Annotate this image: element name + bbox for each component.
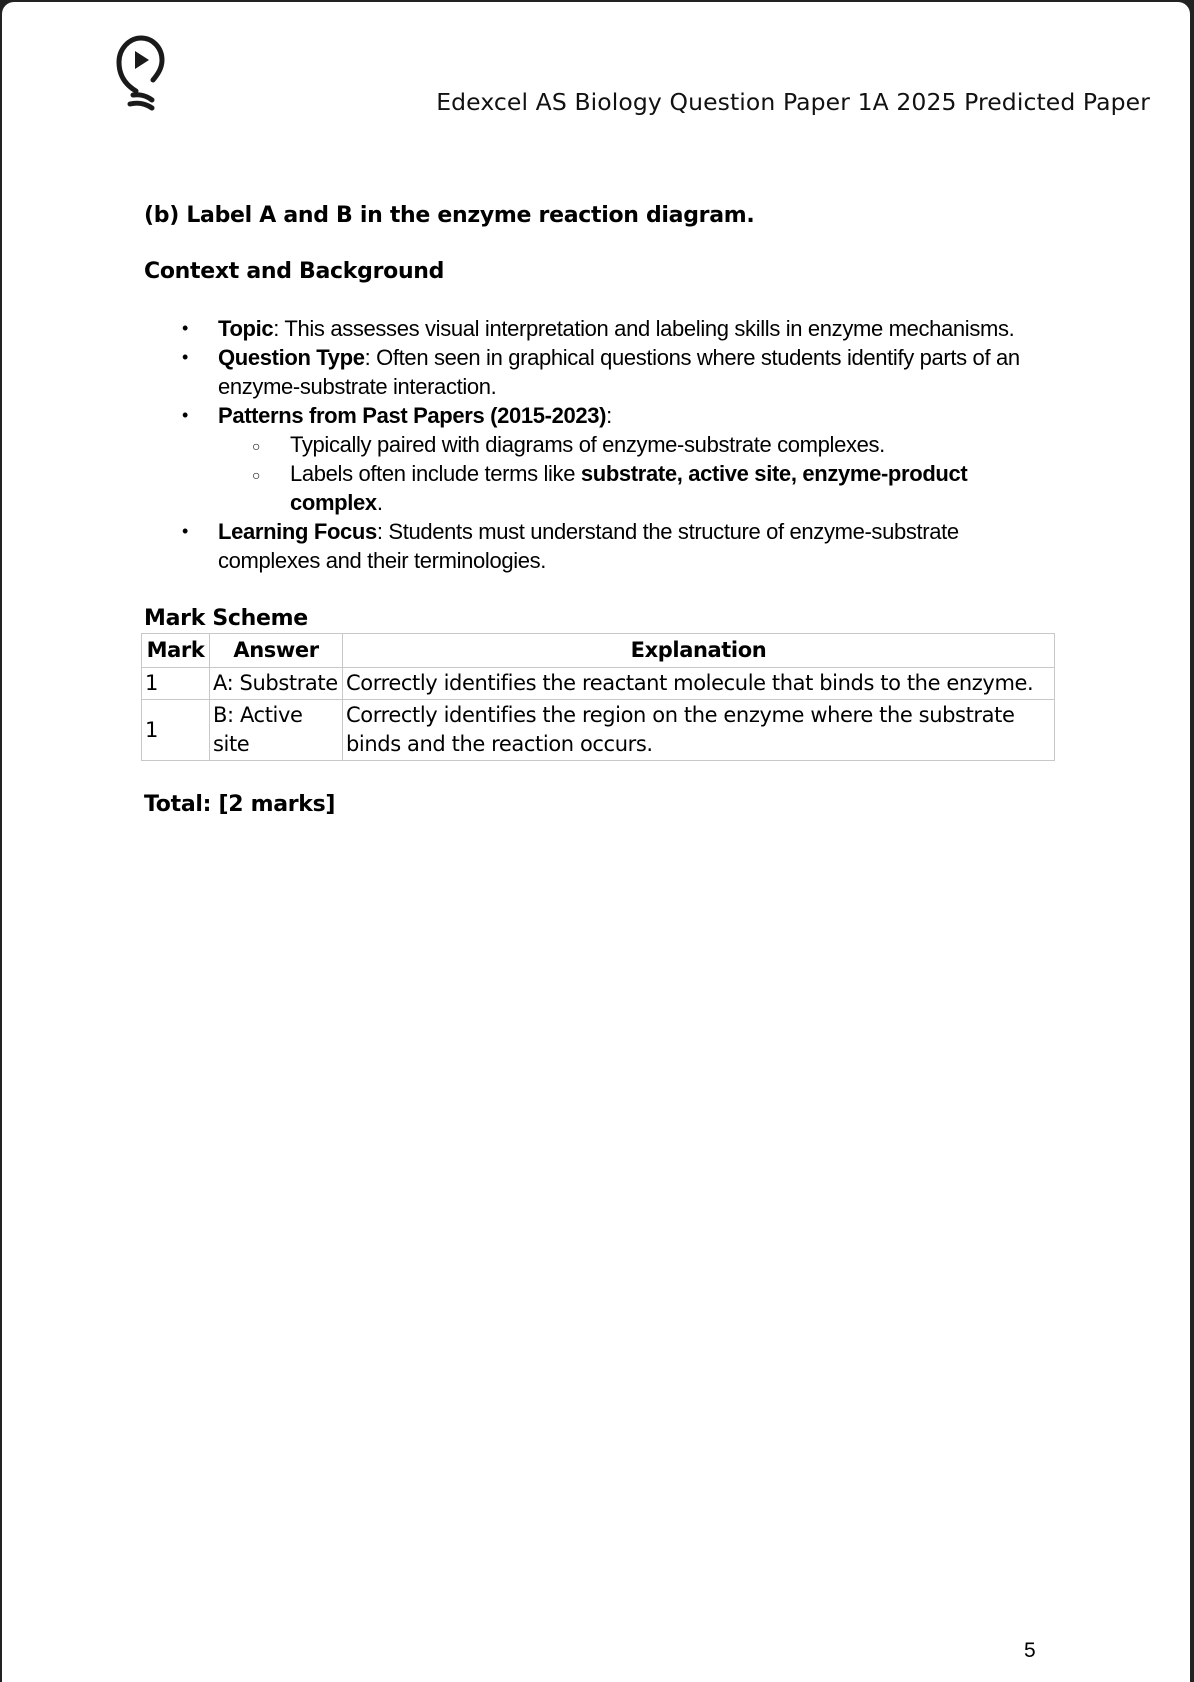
- patterns-sub-list: ○ Typically paired with diagrams of enzy…: [218, 430, 1064, 517]
- bullet-label: Learning Focus: [218, 519, 377, 544]
- table-header-row: Mark Answer Explanation: [142, 634, 1055, 668]
- cell-answer: A: Substrate: [210, 668, 343, 700]
- sub-bullet-text: Typically paired with diagrams of enzyme…: [290, 432, 885, 457]
- lightbulb-play-icon: [116, 34, 166, 114]
- mark-scheme-heading: Mark Scheme: [144, 605, 1064, 633]
- context-heading: Context and Background: [144, 258, 1064, 286]
- column-header-explanation: Explanation: [343, 634, 1055, 668]
- sub-bullet-item: ○ Typically paired with diagrams of enzy…: [218, 430, 1064, 459]
- total-marks: Total: [2 marks]: [144, 791, 1064, 819]
- bullet-label: Topic: [218, 316, 273, 341]
- mark-scheme-table: Mark Answer Explanation 1 A: Substrate C…: [141, 633, 1055, 761]
- cell-explanation: Correctly identifies the reactant molecu…: [343, 668, 1055, 700]
- context-bullet-list: • Topic: This assesses visual interpreta…: [144, 314, 1064, 575]
- bullet-text: :: [606, 403, 612, 428]
- document-page: Edexcel AS Biology Question Paper 1A 202…: [2, 2, 1190, 1682]
- bullet-icon: •: [182, 343, 188, 372]
- circle-bullet-icon: ○: [252, 432, 260, 461]
- bullet-question-type: • Question Type: Often seen in graphical…: [144, 343, 1064, 401]
- cell-mark: 1: [142, 668, 210, 700]
- table-row: 1 A: Substrate Correctly identifies the …: [142, 668, 1055, 700]
- question-heading: (b) Label A and B in the enzyme reaction…: [144, 202, 1064, 230]
- sub-bullet-item: ○ Labels often include terms like substr…: [218, 459, 1064, 517]
- sub-bullet-suffix: .: [377, 490, 383, 515]
- cell-explanation: Correctly identifies the region on the e…: [343, 700, 1055, 761]
- bullet-icon: •: [182, 314, 188, 343]
- circle-bullet-icon: ○: [252, 461, 260, 490]
- bullet-topic: • Topic: This assesses visual interpreta…: [144, 314, 1064, 343]
- column-header-answer: Answer: [210, 634, 343, 668]
- bullet-patterns: • Patterns from Past Papers (2015-2023):…: [144, 401, 1064, 517]
- cell-answer: B: Active site: [210, 700, 343, 761]
- document-header-title: Edexcel AS Biology Question Paper 1A 202…: [436, 88, 1150, 116]
- document-content: (b) Label A and B in the enzyme reaction…: [144, 202, 1064, 819]
- sub-bullet-text: Labels often include terms like: [290, 461, 581, 486]
- bullet-label: Patterns from Past Papers (2015-2023): [218, 403, 606, 428]
- column-header-mark: Mark: [142, 634, 210, 668]
- page-number: 5: [1024, 1639, 1036, 1663]
- bullet-icon: •: [182, 517, 188, 546]
- cell-mark: 1: [142, 700, 210, 761]
- bullet-icon: •: [182, 401, 188, 430]
- bullet-text: : This assesses visual interpretation an…: [273, 316, 1014, 341]
- bullet-label: Question Type: [218, 345, 365, 370]
- table-row: 1 B: Active site Correctly identifies th…: [142, 700, 1055, 761]
- bullet-learning-focus: • Learning Focus: Students must understa…: [144, 517, 1064, 575]
